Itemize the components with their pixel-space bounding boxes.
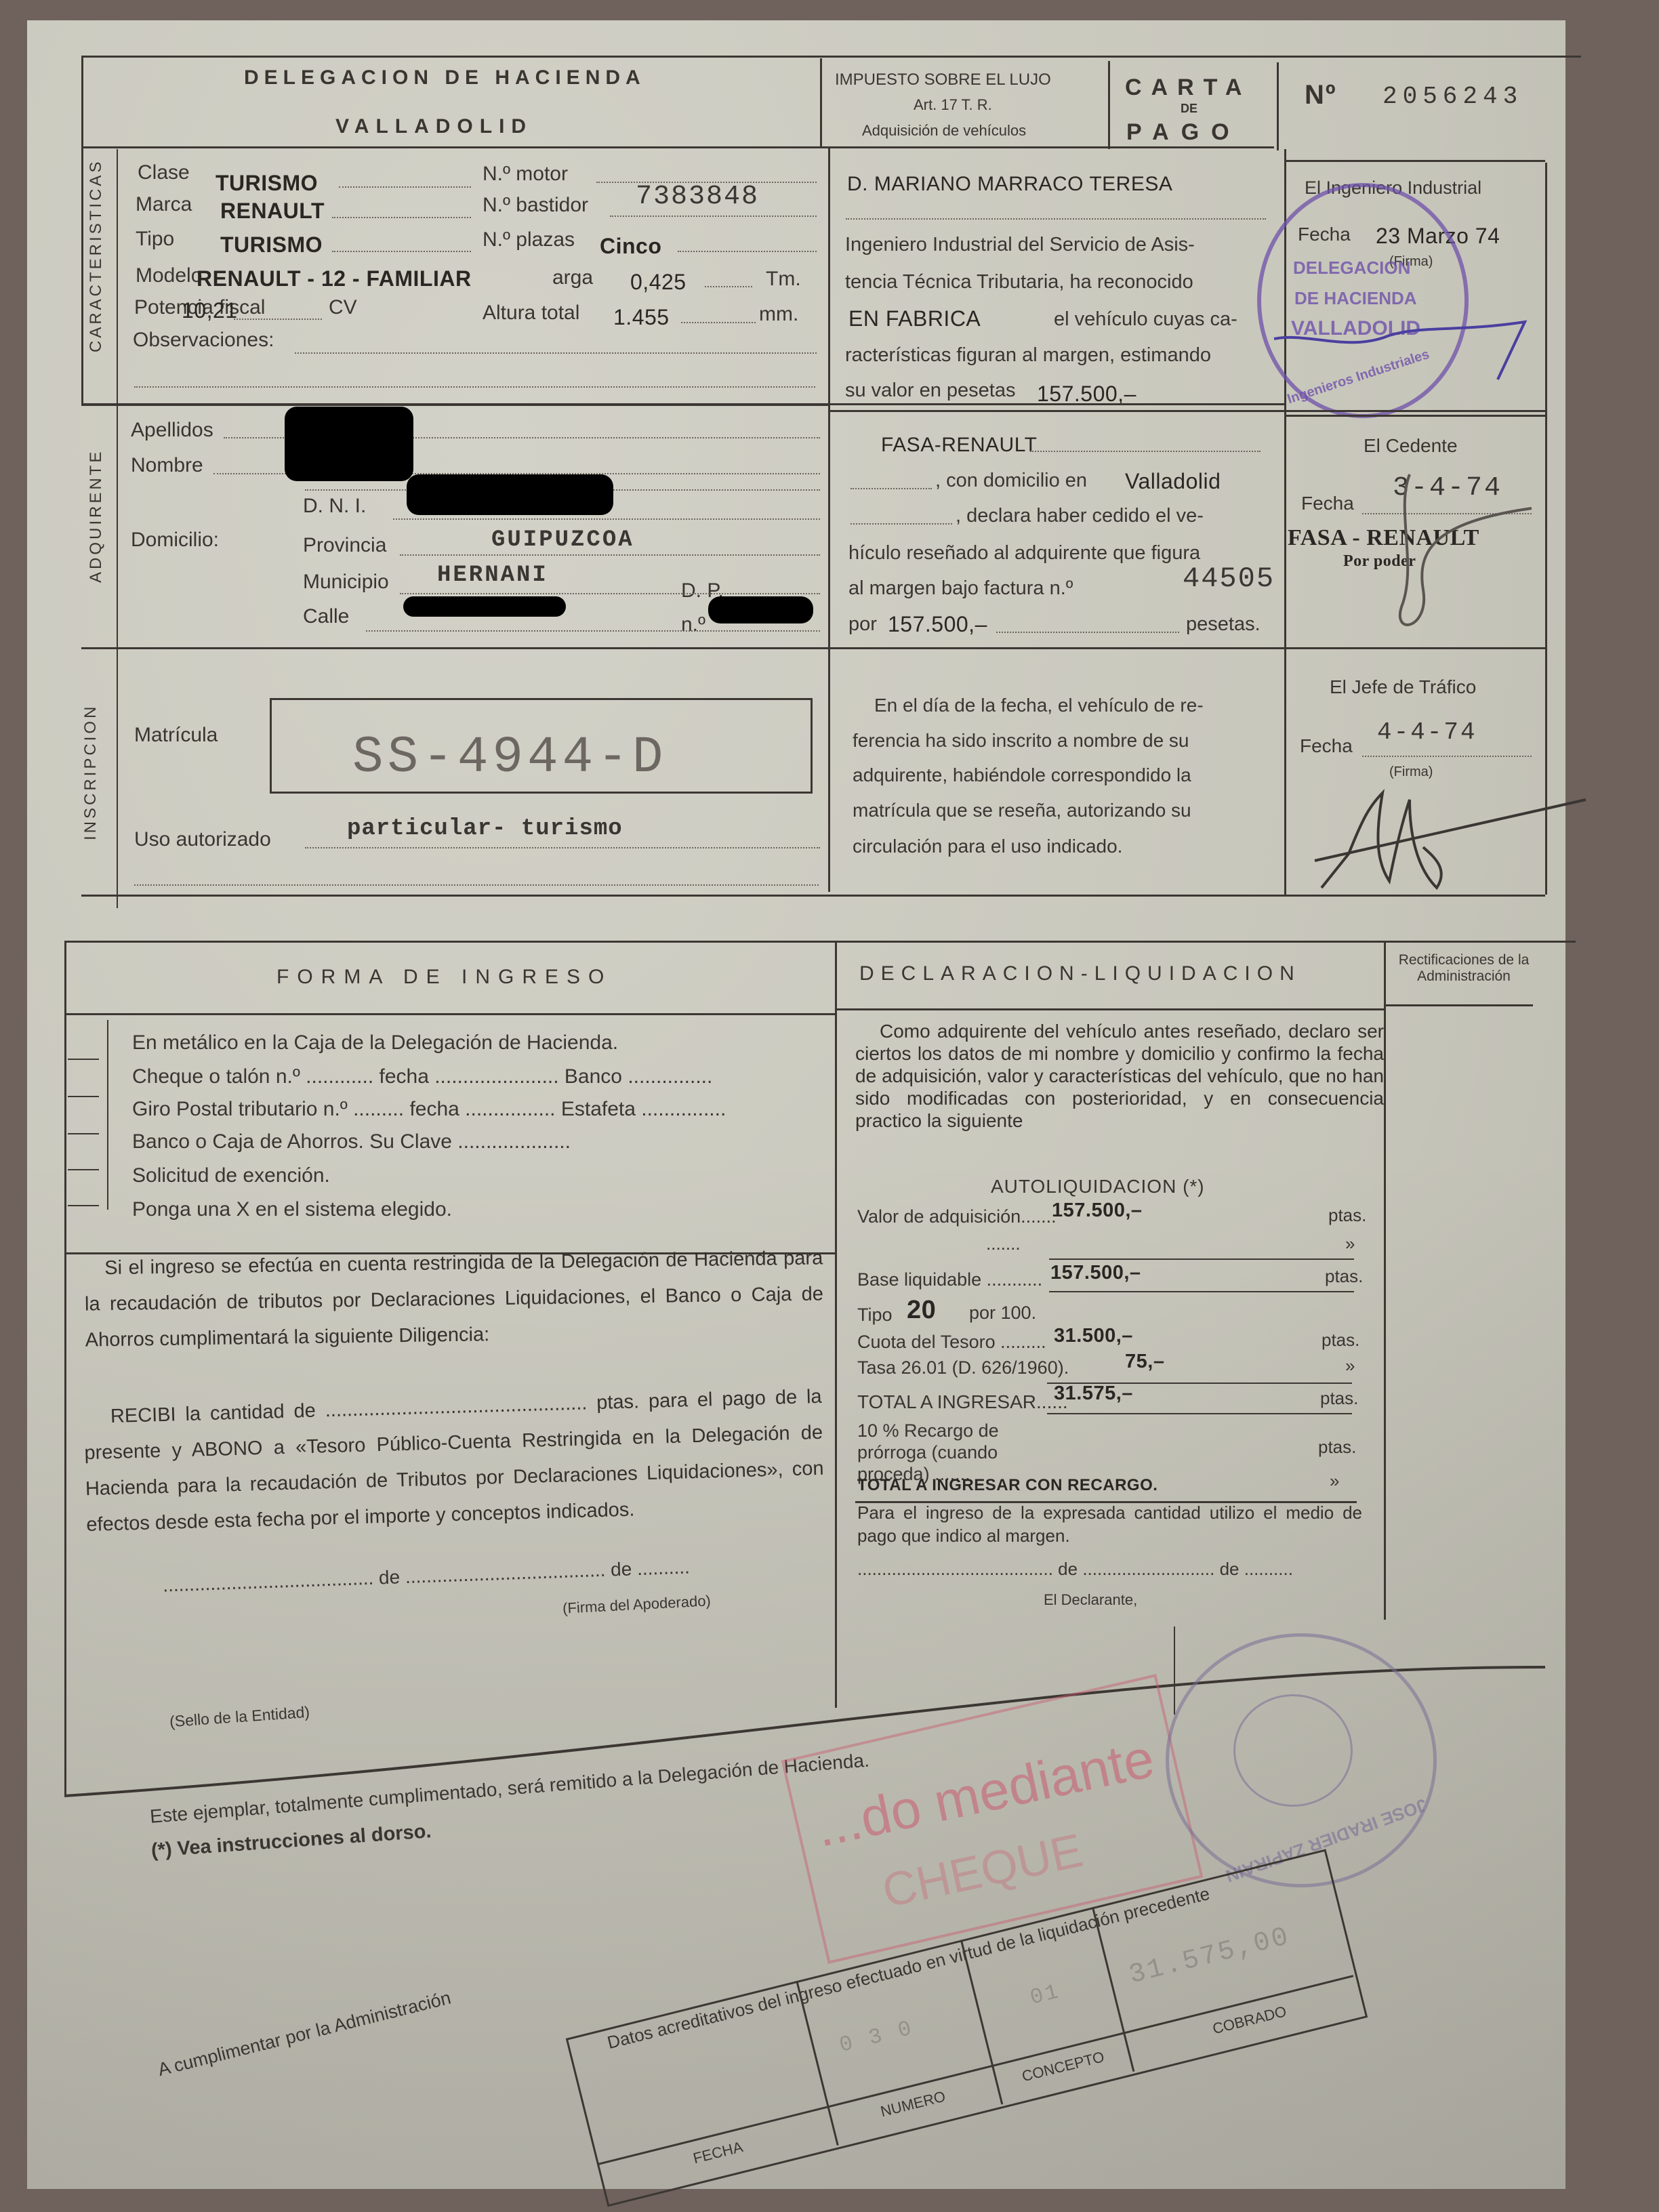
- observaciones-dots-2: [134, 386, 815, 388]
- payment-text: Para el ingreso de la expresada cantidad…: [857, 1501, 1362, 1547]
- row-tipo-label: Tipo: [857, 1305, 893, 1326]
- cedente-text-2: hículo reseñado al adquirente que figura: [848, 542, 1200, 565]
- row-recargo-unit: ptas.: [1318, 1437, 1356, 1458]
- carga-dots: [705, 286, 752, 287]
- row-total-unit: ptas.: [1320, 1388, 1358, 1409]
- row-total-label: TOTAL A INGRESAR......: [857, 1391, 1068, 1413]
- altura-label: Altura total: [483, 302, 579, 325]
- checkbox-giro[interactable]: [68, 1133, 99, 1168]
- row-valor-unit: ptas.: [1328, 1205, 1366, 1226]
- trafico-signature: [1308, 779, 1593, 901]
- forma-ingreso-header-rule: [64, 1013, 837, 1015]
- redaction-nombre: [407, 474, 613, 515]
- uso-dots-2: [134, 884, 819, 886]
- redaction-numero: [708, 596, 813, 623]
- calle-dots: [366, 630, 820, 632]
- inscripcion-top-rule: [81, 647, 1545, 649]
- ingeniero-text-2: tencia Técnica Tributaria, ha reconocido: [845, 271, 1193, 293]
- row-tasa-unit: »: [1345, 1355, 1355, 1376]
- checkbox-banco[interactable]: [68, 1169, 99, 1204]
- autoliquidacion-title: AUTOLIQUIDACION (*): [991, 1176, 1205, 1197]
- clase-label: Clase: [138, 161, 190, 184]
- ingeniero-dots: [846, 218, 1266, 220]
- trafico-fecha-label: Fecha: [1300, 735, 1353, 757]
- numero-label: n.º: [681, 613, 705, 636]
- uso-dots: [305, 847, 820, 848]
- plazas-dots: [678, 251, 817, 252]
- option-cheque: Cheque o talón n.º ............ fecha ..…: [132, 1065, 712, 1088]
- tipo-label: Tipo: [136, 228, 174, 251]
- adquirente-top-rule: [81, 403, 1284, 405]
- cedente-domicilio-prefix: , con domicilio en: [935, 470, 1087, 492]
- inscripcion-text-3: adquirente, habiéndole correspondido la: [853, 764, 1191, 786]
- cedente-text1-dots: [851, 523, 952, 525]
- subtotal-rule-4: [1047, 1413, 1352, 1414]
- checkbox-exencion[interactable]: [68, 1205, 99, 1240]
- checkbox-metalico[interactable]: [68, 1059, 99, 1094]
- trafico-side-title: El Jefe de Tráfico: [1330, 676, 1476, 698]
- inscripcion-text-4: matrícula que se reseña, autorizando su: [853, 800, 1191, 821]
- option-exencion: Solicitud de exención.: [132, 1164, 330, 1187]
- row-tipo-value: 20: [907, 1296, 936, 1325]
- row-tasa-value: 75,–: [1125, 1351, 1164, 1373]
- checkbox-column-rule: [107, 1020, 108, 1210]
- redaction-calle: [403, 596, 566, 617]
- potencia-dots: [234, 319, 322, 320]
- ingeniero-signature: [1267, 305, 1538, 386]
- declarante-date-line: ........................................…: [857, 1559, 1293, 1580]
- cedente-side-top-rule: [1284, 415, 1545, 417]
- doc-number: 2056243: [1382, 83, 1523, 110]
- cedente-name: FASA-RENAULT: [881, 434, 1038, 457]
- cedente-fecha-label: Fecha: [1301, 493, 1354, 514]
- uso-label: Uso autorizado: [134, 828, 271, 851]
- forma-ingreso-title: FORMA DE INGRESO: [276, 966, 612, 989]
- declaracion-text: Como adquirente del vehículo antes reseñ…: [855, 1020, 1384, 1132]
- matricula-value: SS-4944-D: [352, 729, 667, 787]
- cedente-name-dots: [1030, 451, 1261, 452]
- rectificaciones-rule: [1384, 1004, 1533, 1006]
- row-cuota-unit: ptas.: [1322, 1330, 1359, 1351]
- cedente-signature: [1376, 468, 1538, 651]
- trafico-fecha: 4-4-74: [1377, 718, 1477, 746]
- provincia-value: GUIPUZCOA: [491, 527, 634, 553]
- cedente-text-3: al margen bajo factura n.º: [848, 577, 1073, 600]
- bastidor-dots: [610, 216, 817, 217]
- clase-dots: [339, 186, 471, 188]
- altura-dots: [681, 322, 756, 323]
- row-base-value: 157.500,–: [1050, 1262, 1141, 1284]
- trafico-firma-label: (Firma): [1389, 764, 1433, 780]
- row-cuota-value: 31.500,–: [1054, 1325, 1133, 1347]
- matricula-label: Matrícula: [134, 724, 218, 747]
- altura-value: 1.455: [613, 305, 670, 330]
- tipo-value: TURISMO: [220, 232, 323, 258]
- nombre-label: Nombre: [131, 454, 203, 477]
- col-divider-middle: [828, 146, 830, 892]
- office-city: VALLADOLID: [335, 115, 533, 138]
- inscripcion-text-5: circulación para el uso indicado.: [853, 836, 1122, 857]
- ingeniero-place: EN FABRICA: [848, 306, 981, 331]
- municipio-label: Municipio: [303, 571, 389, 594]
- caracteristicas-inner-rule: [117, 149, 118, 908]
- motor-label: N.º motor: [483, 163, 568, 186]
- cedente-top-rule: [828, 410, 1547, 412]
- cedente-pesetas-label: pesetas.: [1186, 613, 1261, 636]
- provincia-label: Provincia: [303, 534, 386, 557]
- row-total-recargo-unit: »: [1330, 1471, 1339, 1492]
- tipo-dots: [332, 251, 471, 252]
- inscripcion-bottom-rule: [81, 895, 1545, 897]
- row-base-label: Base liquidable ...........: [857, 1269, 1042, 1290]
- ingeniero-text-1: Ingeniero Industrial del Servicio de Asi…: [845, 234, 1195, 256]
- doc-type-pago: PAGO: [1126, 119, 1242, 146]
- trafico-fecha-dots: [1362, 756, 1532, 757]
- modelo-label: Modelo: [136, 264, 202, 287]
- forma-ingreso-instruction: Ponga una X en el sistema elegido.: [132, 1198, 452, 1221]
- header-divider-3: [1277, 62, 1279, 150]
- row-valor-value: 157.500,–: [1052, 1200, 1143, 1222]
- lower-middle-divider-end: [1174, 1626, 1175, 1715]
- row-recargo-label: 10 % Recargo de prórroga (cuando proceda…: [857, 1420, 1061, 1485]
- section-label-inscripcion: INSCRIPCION: [81, 704, 100, 840]
- marca-value: RENAULT: [220, 199, 325, 224]
- row-total-recargo-label: TOTAL A INGRESAR CON RECARGO.: [857, 1476, 1158, 1495]
- diligencia-text: Si el ingreso se efectúa en cuenta restr…: [84, 1240, 824, 1358]
- declarante-label: El Declarante,: [1044, 1591, 1137, 1609]
- option-metalico: En metálico en la Caja de la Delegación …: [132, 1031, 618, 1054]
- doc-type-carta: CARTA: [1125, 75, 1251, 101]
- inscripcion-text-2: ferencia ha sido inscrito a nombre de su: [853, 730, 1189, 752]
- tax-article: Art. 17 T. R.: [914, 96, 992, 114]
- cedente-factura: 44505: [1183, 562, 1275, 595]
- cedente-domicilio: Valladolid: [1125, 469, 1221, 494]
- row-tipo-unit: por 100.: [969, 1303, 1036, 1324]
- redaction-apellidos: [285, 407, 413, 481]
- potencia-unit: CV: [329, 296, 357, 319]
- doc-number-label: Nº: [1305, 80, 1337, 110]
- municipio-value: HERNANI: [437, 562, 548, 588]
- cedente-side-title: El Cedente: [1364, 435, 1458, 457]
- ingeniero-text-3: el vehículo cuyas ca-: [1054, 308, 1237, 331]
- apellidos-label: Apellidos: [131, 419, 213, 442]
- modelo-value: RENAULT - 12 - FAMILIAR: [197, 266, 472, 291]
- checkbox-cheque[interactable]: [68, 1096, 99, 1131]
- cedente-domicilio-dots: [851, 488, 932, 489]
- subtotal-rule-1: [1049, 1258, 1354, 1260]
- observaciones-dots-1: [295, 352, 817, 354]
- section-separator: [64, 941, 1576, 943]
- rectificaciones-label: Rectificaciones de la Administración: [1393, 952, 1535, 985]
- dni-label: D. N. I.: [303, 495, 366, 518]
- section-label-adquirente: ADQUIRENTE: [87, 449, 106, 583]
- ingeniero-text-5: su valor en pesetas: [845, 380, 1015, 402]
- header-divider-2: [1108, 61, 1110, 149]
- ingeniero-top-rule: [1284, 160, 1545, 162]
- option-banco: Banco o Caja de Ahorros. Su Clave ......…: [132, 1130, 571, 1153]
- recibi-text: RECIBI la cantidad de ..................…: [83, 1379, 825, 1543]
- tax-subject: Adquisición de vehículos: [862, 122, 1026, 140]
- plazas-label: N.º plazas: [483, 228, 575, 251]
- declaracion-title: DECLARACION-LIQUIDACION: [859, 962, 1301, 985]
- row-extra-unit: »: [1345, 1233, 1355, 1254]
- option-giro: Giro Postal tributario n.º ......... fec…: [132, 1098, 726, 1121]
- ingeniero-name: D. MARIANO MARRACO TERESA: [847, 173, 1172, 196]
- row-tasa-label: Tasa 26.01 (D. 626/1960).: [857, 1357, 1069, 1378]
- ingeniero-stamp-line-1: DELEGACION: [1293, 258, 1410, 279]
- bastidor-label: N.º bastidor: [483, 194, 588, 217]
- domicilio-label: Domicilio:: [131, 529, 219, 552]
- uso-value: particular- turismo: [347, 816, 623, 842]
- bastidor-value: 7383848: [636, 182, 759, 212]
- row-extra-label: .......: [986, 1233, 1021, 1254]
- lower-middle-divider: [835, 942, 837, 1708]
- header-divider-1: [820, 58, 822, 146]
- tax-title: IMPUESTO SOBRE EL LUJO: [835, 70, 1051, 89]
- office-title: DELEGACION DE HACIENDA: [244, 66, 646, 89]
- cedente-amount-dots: [996, 632, 1179, 633]
- row-total-value: 31.575,–: [1054, 1382, 1133, 1405]
- carga-label-visible: arga: [552, 266, 593, 289]
- declaracion-header-rule: [835, 1008, 1384, 1010]
- observaciones-label: Observaciones:: [133, 329, 274, 352]
- subtotal-rule-2: [1049, 1291, 1354, 1292]
- potencia-value: 10,21: [182, 298, 238, 323]
- carga-unit: Tm.: [766, 268, 801, 291]
- clase-value: TURISMO: [216, 171, 318, 196]
- marca-dots: [332, 217, 471, 218]
- provincia-dots: [400, 554, 820, 556]
- rectificaciones-divider: [1384, 942, 1386, 1620]
- calle-label: Calle: [303, 605, 349, 628]
- row-valor-label: Valor de adquisición.......: [857, 1206, 1057, 1227]
- inscripcion-text-1: En el día de la fecha, el vehículo de re…: [874, 695, 1204, 716]
- carga-value: 0,425: [630, 270, 687, 295]
- altura-unit: mm.: [759, 303, 798, 326]
- row-base-unit: ptas.: [1325, 1266, 1363, 1287]
- cedente-por-label: por: [848, 613, 877, 636]
- doc-type-de: DE: [1181, 102, 1197, 116]
- plazas-value: Cinco: [600, 234, 661, 259]
- cedente-text-1: , declara haber cedido el ve-: [956, 505, 1204, 527]
- marca-label: Marca: [136, 193, 192, 216]
- dni-dots: [393, 518, 820, 520]
- ingeniero-text-4: racterísticas figuran al margen, estiman…: [845, 344, 1211, 367]
- section-label-caracteristicas: CARACTERISTICAS: [87, 159, 106, 352]
- row-cuota-label: Cuota del Tesoro .........: [857, 1332, 1046, 1353]
- cedente-amount: 157.500,–: [888, 612, 987, 637]
- municipio-dots: [400, 593, 820, 594]
